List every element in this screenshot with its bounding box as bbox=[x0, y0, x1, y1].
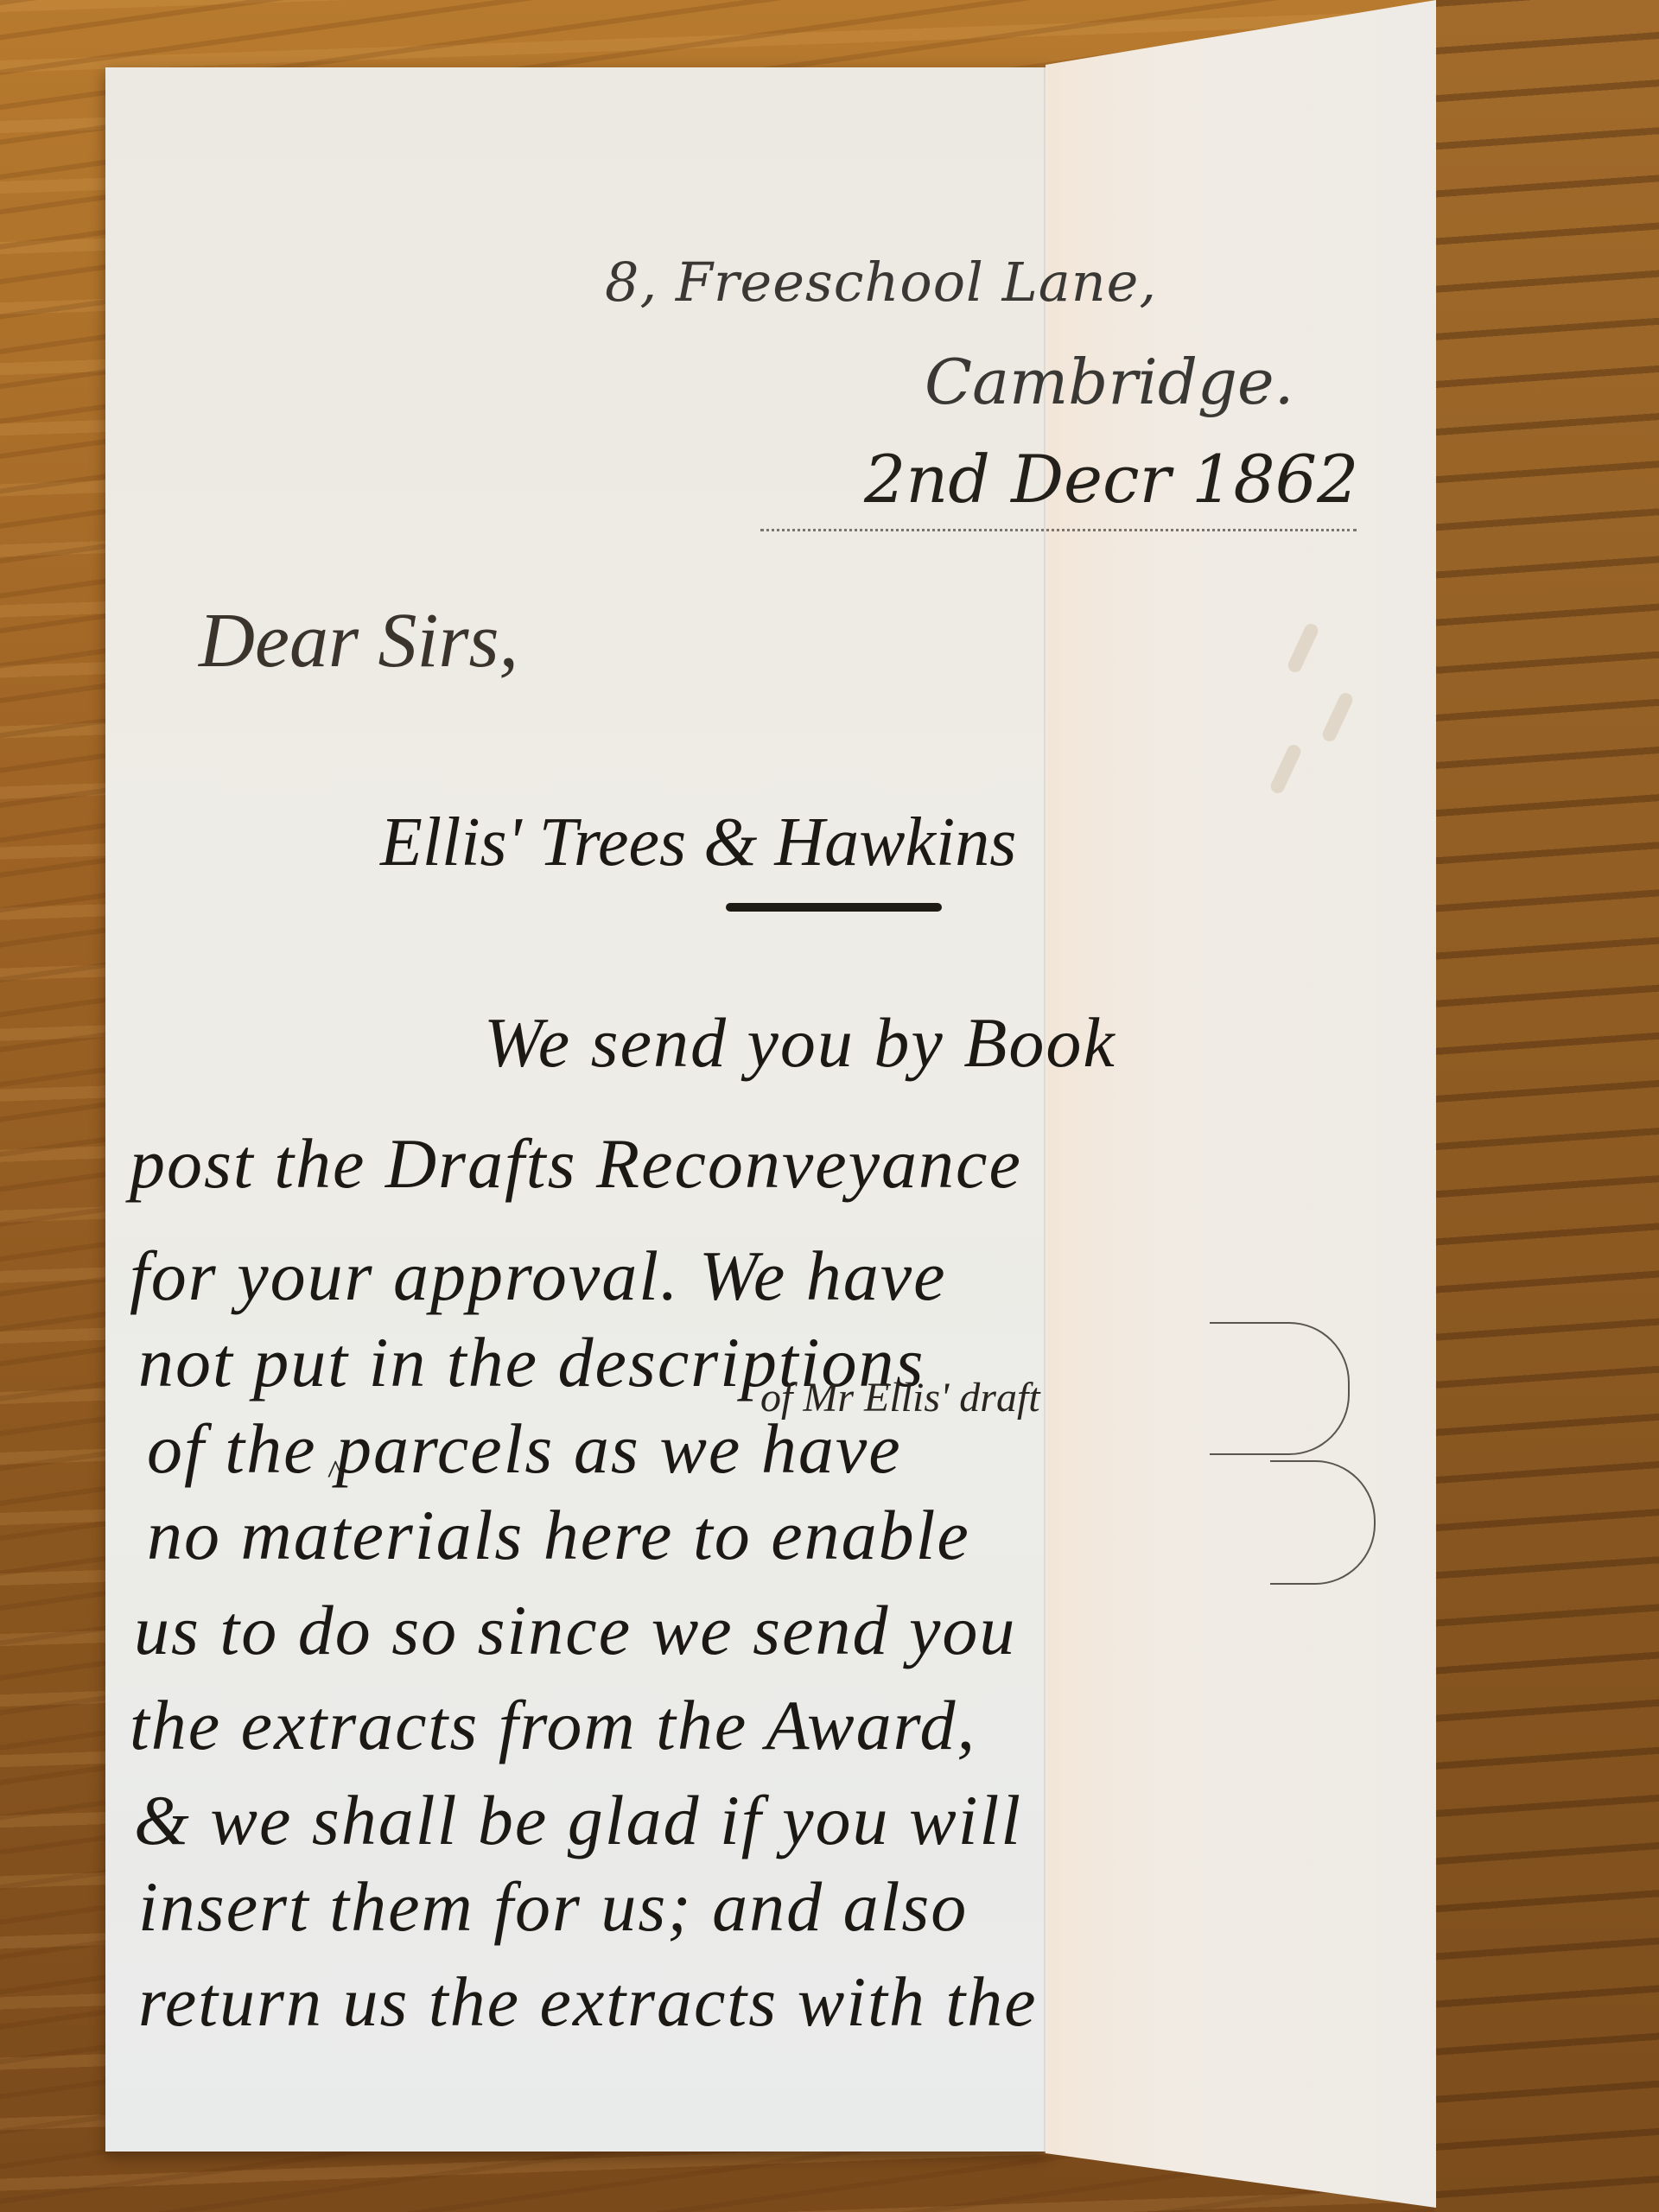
letterhead-address-street: 8, Freeschool Lane, bbox=[605, 251, 1157, 314]
body-line: return us the extracts with the bbox=[138, 1961, 1038, 2043]
body-line: no materials here to enable bbox=[147, 1495, 970, 1576]
subject-heading: Ellis' Trees & Hawkins bbox=[380, 804, 1016, 882]
letter-date: 2nd Decr 1862 bbox=[864, 441, 1359, 518]
body-line: of the parcels as we have bbox=[147, 1408, 902, 1490]
body-line: us to do so since we send you bbox=[134, 1590, 1016, 1671]
date-dotted-rule bbox=[760, 529, 1357, 531]
insertion-loop-mark bbox=[1210, 1322, 1350, 1455]
salutation: Dear Sirs, bbox=[199, 596, 518, 685]
letterhead-address-city: Cambridge. bbox=[925, 346, 1294, 418]
body-line: post the Drafts Reconveyance bbox=[130, 1123, 1022, 1205]
body-line: insert them for us; and also bbox=[138, 1866, 968, 1948]
letter-right-leaf bbox=[1046, 0, 1436, 2212]
body-line: We send you by Book bbox=[484, 1002, 1116, 1084]
body-line: for your approval. We have bbox=[130, 1236, 947, 1317]
body-line: the extracts from the Award, bbox=[130, 1685, 976, 1766]
wooden-table-right bbox=[1434, 0, 1659, 2212]
body-line: & we shall be glad if you will bbox=[134, 1780, 1022, 1861]
subject-underline bbox=[726, 903, 942, 912]
insertion-caret: ^ bbox=[327, 1452, 341, 1492]
